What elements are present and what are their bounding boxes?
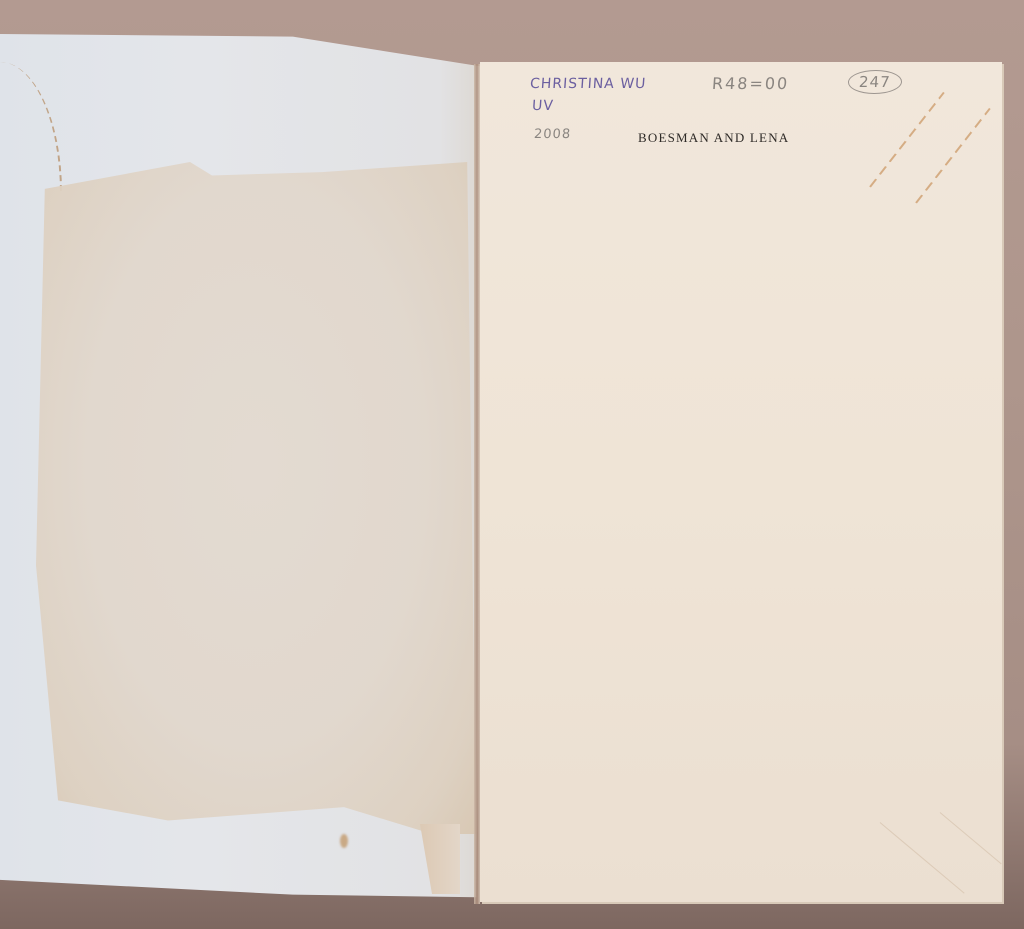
left-endpaper [0, 34, 488, 906]
stain-spot [340, 834, 348, 848]
fold-crease [0, 62, 62, 192]
book-title: BOESMAN AND LENA [638, 130, 789, 146]
corner-stain-line [915, 108, 990, 204]
corner-crease-line [880, 822, 965, 893]
handwritten-price: R48=00 [711, 74, 790, 93]
tape-stain [36, 162, 476, 834]
handwritten-code: 247 [847, 70, 902, 94]
tape-stain-edge [420, 824, 460, 894]
corner-stain-line [869, 92, 944, 188]
handwritten-owner-name: CHRISTINA WU [529, 76, 646, 92]
photo-scene: CHRISTINA WU UV 2008 R48=00 247 BOESMAN … [0, 0, 1024, 929]
handwritten-initials: UV [531, 98, 554, 114]
handwritten-year: 2008 [533, 127, 571, 142]
corner-crease-line [940, 812, 1002, 864]
title-page: CHRISTINA WU UV 2008 R48=00 247 BOESMAN … [480, 62, 1002, 902]
